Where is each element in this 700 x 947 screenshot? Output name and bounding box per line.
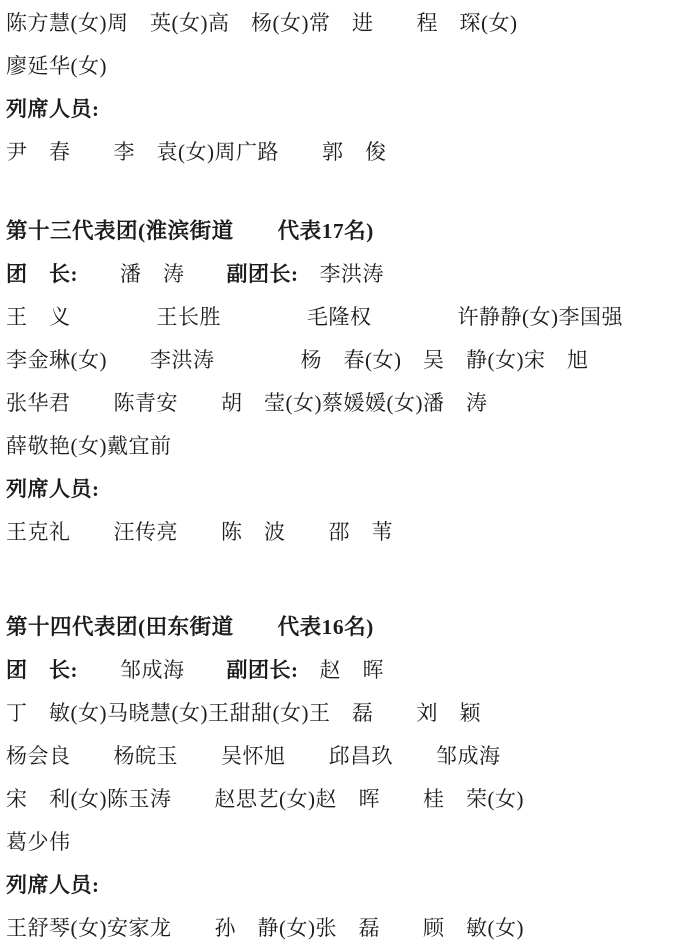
attendees-heading: 列席人员: — [6, 862, 696, 905]
document-page: 陈方慧(女)周 英(女)高 杨(女)常 进 程 琛(女) 廖延华(女) 列席人员… — [0, 0, 700, 947]
members-row: 张华君 陈青安 胡 莹(女)蔡媛媛(女)潘 涛 — [6, 380, 696, 423]
attendees-heading: 列席人员: — [6, 466, 696, 509]
leader-name: 邹成海 — [120, 654, 185, 684]
leader-label: 团 长: — [6, 654, 78, 684]
members-row: 陈方慧(女)周 英(女)高 杨(女)常 进 程 琛(女) — [6, 0, 696, 43]
attendees-row: 尹 春 李 袁(女)周广路 郭 俊 — [6, 129, 696, 172]
delegation-13-heading: 第十三代表团(淮滨街道 代表17名) — [6, 208, 696, 251]
members-row: 杨会良 杨皖玉 吴怀旭 邱昌玖 邹成海 — [6, 733, 696, 776]
deputy-leader-label: 副团长: — [227, 258, 299, 288]
attendees-row: 王舒琴(女)安家龙 孙 静(女)张 磊 顾 敏(女) — [6, 905, 696, 947]
members-row: 薛敬艳(女)戴宜前 — [6, 423, 696, 466]
delegation-14-heading: 第十四代表团(田东街道 代表16名) — [6, 604, 696, 647]
members-row: 王 义 王长胜 毛隆权 许静静(女)李国强 — [6, 294, 696, 337]
attendees-row: 王克礼 汪传亮 陈 波 邵 苇 — [6, 509, 696, 552]
deputy-leader-label: 副团长: — [227, 654, 299, 684]
deputy-leader-name: 李洪涛 — [320, 258, 385, 288]
members-row: 廖延华(女) — [6, 43, 696, 86]
delegation-14-leaders-row: 团 长: 邹成海 副团长: 赵 晖 — [6, 647, 696, 690]
deputy-leader-name: 赵 晖 — [320, 654, 385, 684]
members-row: 宋 利(女)陈玉涛 赵思艺(女)赵 晖 桂 荣(女) — [6, 776, 696, 819]
attendees-heading: 列席人员: — [6, 86, 696, 129]
leader-label: 团 长: — [6, 258, 78, 288]
members-row: 丁 敏(女)马晓慧(女)王甜甜(女)王 磊 刘 颖 — [6, 690, 696, 733]
leader-name: 潘 涛 — [120, 258, 185, 288]
members-row: 李金琳(女) 李洪涛 杨 春(女) 吴 静(女)宋 旭 — [6, 337, 696, 380]
members-row: 葛少伟 — [6, 819, 696, 862]
delegation-13-leaders-row: 团 长: 潘 涛 副团长: 李洪涛 — [6, 251, 696, 294]
